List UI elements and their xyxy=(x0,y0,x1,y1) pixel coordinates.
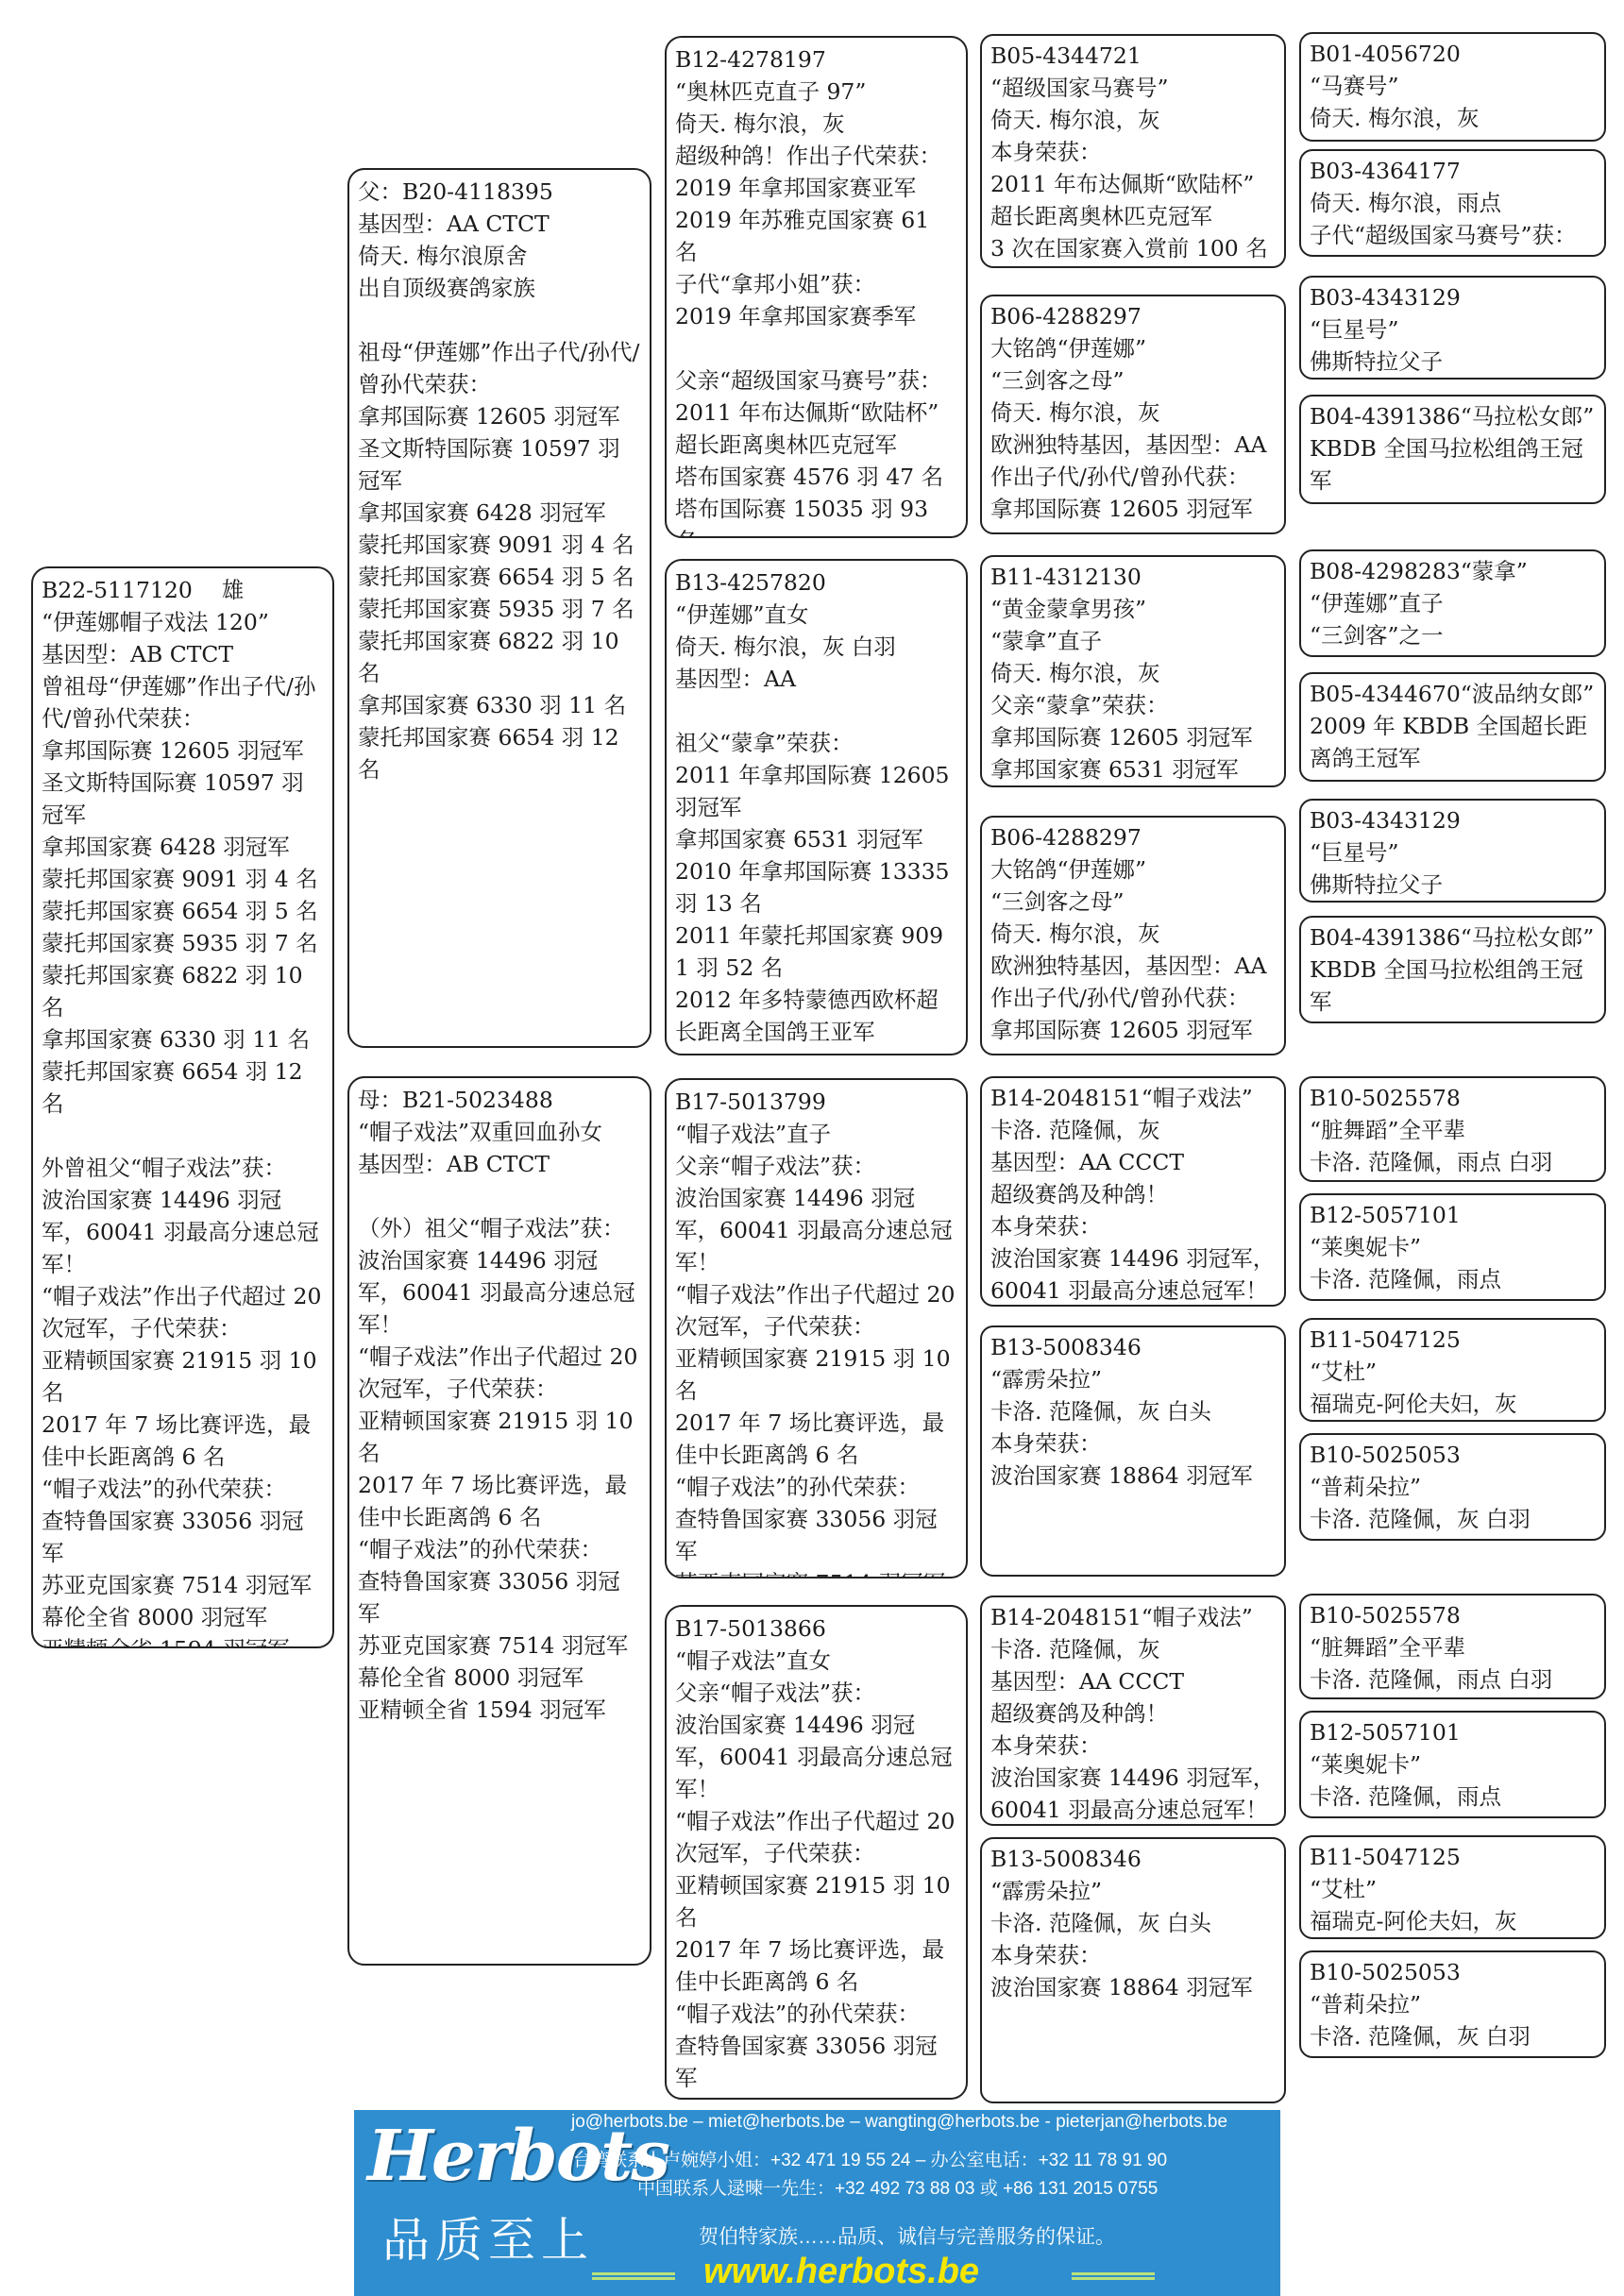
pedigree-gg-grandparent-card: B04-4391386“马拉松女郎”KBDB 全国马拉松组鸽王冠军 xyxy=(1299,916,1606,1023)
pedigree-gg-grandparent-card: B10-5025578“脏舞蹈”全平辈卡洛. 范隆佩，雨点 白羽 xyxy=(1299,1594,1606,1699)
pedigree-line: “莱奥妮卡” xyxy=(1310,1231,1596,1263)
ring-number: B10-5025578 xyxy=(1310,1082,1596,1114)
pedigree-mother-card: 母：B21-5023488“帽子戏法”双重回血孙女基因型：AB CTCT（外）祖… xyxy=(347,1076,651,1966)
pedigree-line: 蒙托邦国家赛 6654 羽 12 名 xyxy=(358,721,641,785)
pedigree-line: 蒙托邦国家赛 9091 羽 4 名 xyxy=(358,529,641,561)
pedigree-line: 超级赛鸽及种鸽！ xyxy=(990,1697,1276,1730)
pedigree-line: 祖父“蒙拿”荣获： xyxy=(675,727,957,759)
pedigree-line: 波治国家赛 14496 羽冠军，60041 羽最高分速总冠军！ xyxy=(358,1244,641,1341)
pedigree-line: 2017 年 7 场比赛评选，最佳中长距离鸽 6 名 xyxy=(358,1469,641,1533)
pedigree-line: 查特鲁国家赛 33056 羽冠军 xyxy=(675,1503,957,1567)
pedigree-line: 超长距离奥林匹克冠军 xyxy=(990,200,1276,232)
ring-number: B12-5057101 xyxy=(1310,1716,1596,1748)
ring-number: B06-4288297 xyxy=(990,821,1276,853)
pedigree-gg-grandparent-card: B11-5047125“艾杜”福瑞克-阿伦夫妇，灰 xyxy=(1299,1835,1606,1939)
pedigree-gg-grandparent-card: B03-4364177倚天. 梅尔浪，雨点子代“超级国家马赛号”获： xyxy=(1299,149,1606,257)
pedigree-line: “帽子戏法”直女 xyxy=(675,1645,957,1677)
contact-taiwan: 台湾联系人卢婉婷小姐：+32 471 19 55 24 – 办公室电话：+32 … xyxy=(573,2146,1167,2171)
pedigree-line: 查特鲁国家赛 33056 羽冠军 xyxy=(358,1565,641,1629)
pedigree-line: 苏亚克国家赛 7514 羽冠军 xyxy=(675,2094,957,2100)
pedigree-gg-grandparent-card: B03-4343129“巨星号”佛斯特拉父子 xyxy=(1299,799,1606,903)
pedigree-line: “艾杜” xyxy=(1310,1873,1596,1905)
pedigree-line: 基因型：AA CTCT xyxy=(358,208,641,240)
pedigree-line: 佛斯特拉父子 xyxy=(1310,869,1596,901)
ring-number: B17-5013866 xyxy=(675,1612,957,1645)
ring-number: 母：B21-5023488 xyxy=(358,1084,641,1116)
pedigree-line: 倚天. 梅尔浪，灰 xyxy=(1310,102,1596,134)
pedigree-line: 拿邦国家赛 6531 羽冠军 xyxy=(675,823,957,855)
pedigree-line: “帽子戏法”双重回血孙女 xyxy=(358,1116,641,1148)
pedigree-line: 蒙托邦国家赛 6822 羽 10 名 xyxy=(42,959,324,1023)
ring-number: B14-2048151“帽子戏法” xyxy=(990,1601,1276,1633)
pedigree-line: 2017 年 7 场比赛评选，最佳中长距离鸽 6 名 xyxy=(675,1933,957,1998)
pedigree-line: “奥林匹克直子 97” xyxy=(675,76,957,108)
pedigree-line: “帽子戏法”直子 xyxy=(675,1118,957,1150)
ring-number: B11-4312130 xyxy=(990,561,1276,593)
pedigree-line: 本身荣获： xyxy=(990,1210,1276,1242)
pedigree-gg-grandparent-card: B04-4391386“马拉松女郎”KBDB 全国马拉松组鸽王冠军 xyxy=(1299,395,1606,504)
pedigree-line: 波治国家赛 14496 羽冠军， xyxy=(990,1242,1276,1275)
pedigree-line: 卡洛. 范隆佩，雨点 白羽 xyxy=(1310,1146,1596,1178)
pedigree-line: 倚天. 梅尔浪原舍 xyxy=(358,240,641,272)
pedigree-line xyxy=(675,695,957,727)
pedigree-line xyxy=(358,1180,641,1212)
motto: 贺伯特家族……品质、诚信与完善服务的保证。 xyxy=(699,2221,1115,2250)
pedigree-line: “帽子戏法”作出子代超过 20 次冠军，子代荣获： xyxy=(358,1341,641,1405)
pedigree-line: 苏亚克国家赛 7514 羽冠军 xyxy=(358,1629,641,1662)
pedigree-line: 本身荣获： xyxy=(990,1730,1276,1762)
pedigree-line: 2019 年拿邦国家赛亚军 xyxy=(675,172,957,204)
pedigree-grandparent-card: B17-5013866“帽子戏法”直女父亲“帽子戏法”获：波治国家赛 14496… xyxy=(665,1605,968,2100)
ring-number: B03-4364177 xyxy=(1310,155,1596,187)
ring-number: B13-4257820 xyxy=(675,566,957,599)
pedigree-line: 倚天. 梅尔浪，灰 xyxy=(990,918,1276,950)
website-link[interactable]: www.herbots.be xyxy=(703,2252,979,2292)
ring-number: B04-4391386“马拉松女郎” xyxy=(1310,400,1596,432)
pedigree-line: 拿邦国际赛 12605 羽冠军 xyxy=(358,400,641,432)
pedigree-line: 蒙托邦国家赛 9091 羽 4 名 xyxy=(42,863,324,895)
pedigree-line: 60041 羽最高分速总冠军！ xyxy=(990,1794,1276,1826)
pedigree-line: “霹雳朵拉” xyxy=(990,1875,1276,1907)
pedigree-line: 祖母“伊莲娜”作出子代/孙代/曾孙代荣获： xyxy=(358,336,641,400)
pedigree-line: （外）祖父“帽子戏法”获： xyxy=(358,1212,641,1244)
pedigree-line: “伊莲娜”直子 xyxy=(1310,587,1596,619)
ring-number: B05-4344721 xyxy=(990,40,1276,72)
pedigree-line: 2019 年苏雅克国家赛 61 名 xyxy=(675,204,957,268)
ring-number: B03-4343129 xyxy=(1310,281,1596,313)
pedigree-father-card: 父：B20-4118395基因型：AA CTCT倚天. 梅尔浪原舍出自顶级赛鸽家… xyxy=(347,168,651,1048)
pedigree-line: “帽子戏法”的孙代荣获： xyxy=(42,1473,324,1505)
ring-number: B13-5008346 xyxy=(990,1843,1276,1875)
pedigree-line: “巨星号” xyxy=(1310,836,1596,869)
pedigree-line: 倚天. 梅尔浪，灰 xyxy=(990,657,1276,689)
pedigree-line: 父亲“蒙拿”荣获： xyxy=(990,689,1276,721)
pedigree-grandparent-card: B12-4278197“奥林匹克直子 97”倚天. 梅尔浪，灰超级种鸽！作出子代… xyxy=(665,36,968,538)
herbots-contact-banner: Herbots 品质至上 jo@herbots.be – miet@herbot… xyxy=(354,2110,1280,2296)
ring-number: B10-5025053 xyxy=(1310,1956,1596,1988)
pedigree-line: KBDB 全国马拉松组鸽王冠军 xyxy=(1310,432,1596,497)
pedigree-grandparent-card: B13-4257820“伊莲娜”直女倚天. 梅尔浪，灰 白羽基因型：AA祖父“蒙… xyxy=(665,559,968,1055)
pedigree-line: “三剑客之母” xyxy=(990,886,1276,918)
pedigree-line xyxy=(42,1120,324,1152)
pedigree-line: “帽子戏法”的孙代荣获： xyxy=(358,1533,641,1565)
pedigree-line: 子代“拿邦小姐”获： xyxy=(675,268,957,300)
ring-number: B06-4288297 xyxy=(990,300,1276,332)
pedigree-line: 蒙托邦国家赛 6654 羽 5 名 xyxy=(358,561,641,593)
pedigree-gg-grandparent-card: B10-5025053“普莉朵拉”卡洛. 范隆佩，灰 白羽 xyxy=(1299,1433,1606,1541)
pedigree-line: 拿邦国家赛 6428 羽冠军 xyxy=(42,831,324,863)
pedigree-great-grandparent-card: B14-2048151“帽子戏法”卡洛. 范隆佩，灰基因型：AA CCCT超级赛… xyxy=(980,1076,1286,1307)
pedigree-great-grandparent-card: B14-2048151“帽子戏法”卡洛. 范隆佩，灰基因型：AA CCCT超级赛… xyxy=(980,1595,1286,1826)
pedigree-line: 超级种鸽！作出子代荣获： xyxy=(675,140,957,172)
pedigree-line: “三剑客”之一 xyxy=(1310,619,1596,651)
pedigree-line: 基因型：AA xyxy=(675,663,957,695)
pedigree-line: 蒙托邦国家赛 6654 羽 5 名 xyxy=(42,895,324,927)
pedigree-line: 本身荣获： xyxy=(990,1939,1276,1971)
pedigree-line: 本身荣获： xyxy=(990,136,1276,168)
pedigree-line: 欧洲独特基因，基因型：AA xyxy=(990,429,1276,461)
pedigree-line: 拿邦国家赛 6428 羽冠军 xyxy=(358,497,641,529)
pedigree-line: 2017 年 7 场比赛评选，最佳中长距离鸽 6 名 xyxy=(675,1407,957,1471)
pedigree-great-grandparent-card: B06-4288297大铭鸽“伊莲娜”“三剑客之母”倚天. 梅尔浪，灰欧洲独特基… xyxy=(980,295,1286,534)
pedigree-line: KBDB 全国马拉松组鸽王冠军 xyxy=(1310,954,1596,1018)
pedigree-line: 超长距离奥林匹克冠军 xyxy=(675,429,957,461)
pedigree-line: “莱奥妮卡” xyxy=(1310,1748,1596,1781)
pedigree-line: 亚精顿全省 1594 羽冠军 xyxy=(358,1694,641,1726)
pedigree-subject-card: B22-5117120 雄“伊莲娜帽子戏法 120”基因型：AB CTCT曾祖母… xyxy=(31,566,334,1648)
pedigree-line: 曾祖母“伊莲娜”作出子代/孙代/曾孙代荣获： xyxy=(42,670,324,734)
pedigree-line: 波治国家赛 14496 羽冠军，60041 羽最高分速总冠军！ xyxy=(675,1709,957,1805)
pedigree-line: “马赛号” xyxy=(1310,70,1596,102)
pedigree-line: 倚天. 梅尔浪，灰 xyxy=(990,104,1276,136)
pedigree-line: “帽子戏法”作出子代超过 20 次冠军，子代荣获： xyxy=(42,1280,324,1344)
pedigree-line: 倚天. 梅尔浪，灰 白羽 xyxy=(675,631,957,663)
pedigree-line: 3 次在国家赛入赏前 100 名 xyxy=(990,232,1276,264)
pedigree-line: 波治国家赛 14496 羽冠军，60041 羽最高分速总冠军！ xyxy=(42,1184,324,1280)
pedigree-line: 查特鲁国家赛 33056 羽冠军 xyxy=(675,2030,957,2094)
pedigree-line: “艾杜” xyxy=(1310,1356,1596,1388)
ring-number: B11-5047125 xyxy=(1310,1841,1596,1873)
pedigree-line: 2012 年多特蒙德西欧杯超长距离全国鸽王亚军 xyxy=(675,984,957,1048)
pedigree-line: 外曾祖父“帽子戏法”获： xyxy=(42,1152,324,1184)
ring-number: B12-4278197 xyxy=(675,43,957,76)
pedigree-line: 2010 年拿邦国际赛 13335 羽 13 名 xyxy=(675,855,957,920)
slogan: 品质至上 xyxy=(382,2203,594,2271)
pedigree-line xyxy=(358,304,641,336)
pedigree-gg-grandparent-card: B01-4056720“马赛号”倚天. 梅尔浪，灰 xyxy=(1299,32,1606,142)
pedigree-line: 卡洛. 范隆佩，灰 白羽 xyxy=(1310,1503,1596,1535)
pedigree-line: 塔布国家赛 4576 羽 47 名 xyxy=(675,461,957,493)
contact-china: 中国联系人逯暕一先生：+32 492 73 88 03 或 +86 131 20… xyxy=(637,2174,1158,2200)
pedigree-line: 基因型：AA CCCT xyxy=(990,1665,1276,1697)
pedigree-gg-grandparent-card: B03-4343129“巨星号”佛斯特拉父子 xyxy=(1299,276,1606,380)
pedigree-line: 作出子代/孙代/曾孙代获： xyxy=(990,982,1276,1014)
pedigree-line: 2011 年布达佩斯“欧陆杯” xyxy=(990,168,1276,200)
pedigree-gg-grandparent-card: B10-5025578“脏舞蹈”全平辈卡洛. 范隆佩，雨点 白羽 xyxy=(1299,1076,1606,1182)
pedigree-line: 亚精顿国家赛 21915 羽 10 名 xyxy=(42,1344,324,1409)
pedigree-line: 查特鲁国家赛 33056 羽冠军 xyxy=(42,1505,324,1569)
pedigree-gg-grandparent-card: B11-5047125“艾杜”福瑞克-阿伦夫妇，灰 xyxy=(1299,1318,1606,1422)
pedigree-line: “帽子戏法”的孙代荣获： xyxy=(675,1998,957,2030)
ring-number: 父：B20-4118395 xyxy=(358,176,641,208)
pedigree-line: “伊莲娜”直女 xyxy=(675,599,957,631)
pedigree-line: 塔布国际赛 15035 羽 93 名 xyxy=(675,493,957,538)
decorative-rule-right xyxy=(1072,2272,1155,2280)
decorative-rule-left xyxy=(592,2272,675,2280)
pedigree-line: “帽子戏法”作出子代超过 20 次冠军，子代荣获： xyxy=(675,1278,957,1342)
pedigree-line: 2011 年蒙托邦国家赛 9091 羽 52 名 xyxy=(675,920,957,984)
pedigree-line: “霹雳朵拉” xyxy=(990,1363,1276,1395)
pedigree-line: 亚精顿全省 1594 羽冠军 xyxy=(42,1633,324,1648)
pedigree-line: 欧洲独特基因，基因型：AA xyxy=(990,950,1276,982)
pedigree-line: 福瑞克-阿伦夫妇，灰 xyxy=(1310,1905,1596,1937)
pedigree-line: 拿邦国际赛 12605 羽冠军 xyxy=(42,734,324,767)
pedigree-line: “帽子戏法”作出子代超过 20 次冠军，子代荣获： xyxy=(675,1805,957,1869)
pedigree-line: 佛斯特拉父子 xyxy=(1310,346,1596,378)
pedigree-gg-grandparent-card: B10-5025053“普莉朵拉”卡洛. 范隆佩，灰 白羽 xyxy=(1299,1950,1606,2058)
pedigree-line: 大铭鸽“伊莲娜” xyxy=(990,853,1276,886)
pedigree-line: 基因型：AB CTCT xyxy=(42,638,324,670)
ring-number: B13-5008346 xyxy=(990,1331,1276,1363)
pedigree-line: 卡洛. 范隆佩，雨点 白羽 xyxy=(1310,1663,1596,1696)
pedigree-line: “巨星号” xyxy=(1310,313,1596,346)
pedigree-grandparent-card: B17-5013799“帽子戏法”直子父亲“帽子戏法”获：波治国家赛 14496… xyxy=(665,1078,968,1578)
pedigree-line: “伊莲娜帽子戏法 120” xyxy=(42,606,324,638)
pedigree-line: 超级赛鸽及种鸽！ xyxy=(990,1178,1276,1210)
pedigree-line: “帽子戏法”的孙代荣获： xyxy=(675,1471,957,1503)
ring-number: B22-5117120 雄 xyxy=(42,574,324,606)
pedigree-great-grandparent-card: B11-4312130“黄金蒙拿男孩”“蒙拿”直子倚天. 梅尔浪，灰父亲“蒙拿”… xyxy=(980,555,1286,787)
pedigree-line: 倚天. 梅尔浪，雨点 xyxy=(1310,187,1596,219)
pedigree-line: 60041 羽最高分速总冠军！ xyxy=(990,1275,1276,1307)
pedigree-line: 波治国家赛 14496 羽冠军，60041 羽最高分速总冠军！ xyxy=(675,1182,957,1278)
pedigree-line: 卡洛. 范隆佩，灰 白羽 xyxy=(1310,2020,1596,2052)
pedigree-line: 福瑞克-阿伦夫妇，灰 xyxy=(1310,1388,1596,1420)
pedigree-line: 2017 年 7 场比赛评选，最佳中长距离鸽 6 名 xyxy=(42,1409,324,1473)
pedigree-great-grandparent-card: B13-5008346“霹雳朵拉”卡洛. 范隆佩，灰 白头本身荣获：波治国家赛 … xyxy=(980,1837,1286,2103)
pedigree-line: 倚天. 梅尔浪，灰 xyxy=(990,397,1276,429)
pedigree-gg-grandparent-card: B08-4298283“蒙拿”“伊莲娜”直子“三剑客”之一 xyxy=(1299,549,1606,657)
pedigree-line: 卡洛. 范隆佩，灰 xyxy=(990,1633,1276,1665)
pedigree-line: 波治国家赛 18864 羽冠军 xyxy=(990,1460,1276,1492)
pedigree-line: 拿邦国家赛 6531 羽冠军 xyxy=(990,753,1276,785)
pedigree-line: 幕伦全省 8000 羽冠军 xyxy=(358,1662,641,1694)
ring-number: B10-5025053 xyxy=(1310,1439,1596,1471)
pedigree-line: “三剑客之母” xyxy=(990,364,1276,397)
pedigree-line: 拿邦国际赛 12605 羽冠军 xyxy=(990,493,1276,525)
pedigree-great-grandparent-card: B05-4344721“超级国家马赛号”倚天. 梅尔浪，灰本身荣获：2011 年… xyxy=(980,34,1286,268)
pedigree-line xyxy=(675,332,957,364)
pedigree-line: 圣文斯特国际赛 10597 羽冠军 xyxy=(42,767,324,831)
pedigree-line: 波治国家赛 14496 羽冠军， xyxy=(990,1762,1276,1794)
pedigree-gg-grandparent-card: B12-5057101“莱奥妮卡”卡洛. 范隆佩，雨点 xyxy=(1299,1193,1606,1301)
pedigree-line: “脏舞蹈”全平辈 xyxy=(1310,1631,1596,1663)
pedigree-line: 2011 年拿邦国际赛 12605 羽冠军 xyxy=(675,759,957,823)
pedigree-line: 拿邦国际赛 12605 羽冠军 xyxy=(990,1014,1276,1046)
pedigree-line: 出自顶级赛鸽家族 xyxy=(358,272,641,304)
pedigree-line: 亚精顿国家赛 21915 羽 10 名 xyxy=(675,1342,957,1407)
pedigree-line: “超级国家马赛号” xyxy=(990,72,1276,104)
ring-number: B03-4343129 xyxy=(1310,804,1596,836)
pedigree-line: 作出子代/孙代/曾孙代获： xyxy=(990,461,1276,493)
pedigree-line: “普莉朵拉” xyxy=(1310,1988,1596,2020)
pedigree-line: 卡洛. 范隆佩，雨点 xyxy=(1310,1263,1596,1295)
ring-number: B14-2048151“帽子戏法” xyxy=(990,1082,1276,1114)
pedigree-line: 卡洛. 范隆佩，灰 xyxy=(990,1114,1276,1146)
pedigree-line: 卡洛. 范隆佩，雨点 xyxy=(1310,1781,1596,1813)
pedigree-line: 苏亚克国家赛 7514 羽冠军 xyxy=(675,1567,957,1578)
pedigree-line: “蒙拿”直子 xyxy=(990,625,1276,657)
pedigree-line: 大铭鸽“伊莲娜” xyxy=(990,332,1276,364)
pedigree-line: 苏亚克国家赛 7514 羽冠军 xyxy=(42,1569,324,1601)
contact-emails[interactable]: jo@herbots.be – miet@herbots.be – wangti… xyxy=(571,2112,1227,2133)
pedigree-line: 拿邦国际赛 12605 羽冠军 xyxy=(990,721,1276,753)
pedigree-line: 本身荣获： xyxy=(990,1427,1276,1460)
pedigree-line: 基因型：AB CTCT xyxy=(358,1148,641,1180)
pedigree-line: 亚精顿国家赛 21915 羽 10 名 xyxy=(358,1405,641,1469)
ring-number: B01-4056720 xyxy=(1310,38,1596,70)
pedigree-line: 卡洛. 范隆佩，灰 白头 xyxy=(990,1907,1276,1939)
pedigree-line: 父亲“帽子戏法”获： xyxy=(675,1677,957,1709)
pedigree-great-grandparent-card: B13-5008346“霹雳朵拉”卡洛. 范隆佩，灰 白头本身荣获：波治国家赛 … xyxy=(980,1325,1286,1577)
ring-number: B12-5057101 xyxy=(1310,1199,1596,1231)
pedigree-line: 蒙托邦国家赛 5935 羽 7 名 xyxy=(358,593,641,625)
pedigree-line: 拿邦国家赛 6330 羽 11 名 xyxy=(42,1023,324,1055)
pedigree-line: 拿邦国家赛 6330 羽 11 名 xyxy=(358,689,641,721)
pedigree-great-grandparent-card: B06-4288297大铭鸽“伊莲娜”“三剑客之母”倚天. 梅尔浪，灰欧洲独特基… xyxy=(980,816,1286,1055)
pedigree-line: 波治国家赛 18864 羽冠军 xyxy=(990,1971,1276,2003)
pedigree-line: 子代“超级国家马赛号”获： xyxy=(1310,219,1596,251)
pedigree-line: 父亲“帽子戏法”获： xyxy=(675,1150,957,1182)
ring-number: B04-4391386“马拉松女郎” xyxy=(1310,921,1596,954)
pedigree-line: 倚天. 梅尔浪，灰 xyxy=(675,108,957,140)
pedigree-line: 基因型：AA CCCT xyxy=(990,1146,1276,1178)
ring-number: B17-5013799 xyxy=(675,1086,957,1118)
pedigree-gg-grandparent-card: B12-5057101“莱奥妮卡”卡洛. 范隆佩，雨点 xyxy=(1299,1711,1606,1818)
pedigree-line: 卡洛. 范隆佩，灰 白头 xyxy=(990,1395,1276,1427)
pedigree-line: 2009 年 KBDB 全国超长距离鸽王冠军 xyxy=(1310,710,1596,774)
ring-number: B11-5047125 xyxy=(1310,1324,1596,1356)
pedigree-line: 蒙托邦国家赛 6822 羽 10 名 xyxy=(358,625,641,689)
pedigree-line: 2011 年布达佩斯“欧陆杯” xyxy=(675,397,957,429)
pedigree-line: 圣文斯特国际赛 10597 羽冠军 xyxy=(358,432,641,497)
pedigree-line: 幕伦全省 8000 羽冠军 xyxy=(42,1601,324,1633)
pedigree-line: “脏舞蹈”全平辈 xyxy=(1310,1114,1596,1146)
pedigree-line: 2019 年拿邦国家赛季军 xyxy=(675,300,957,332)
pedigree-line: 亚精顿国家赛 21915 羽 10 名 xyxy=(675,1869,957,1933)
pedigree-line: “黄金蒙拿男孩” xyxy=(990,593,1276,625)
pedigree-line: “普莉朵拉” xyxy=(1310,1471,1596,1503)
pedigree-gg-grandparent-card: B05-4344670“波品纳女郎”2009 年 KBDB 全国超长距离鸽王冠军 xyxy=(1299,672,1606,782)
pedigree-line: 蒙托邦国家赛 5935 羽 7 名 xyxy=(42,927,324,959)
ring-number: B05-4344670“波品纳女郎” xyxy=(1310,678,1596,710)
ring-number: B08-4298283“蒙拿” xyxy=(1310,555,1596,587)
pedigree-line: 父亲“超级国家马赛号”获： xyxy=(675,364,957,397)
ring-number: B10-5025578 xyxy=(1310,1599,1596,1631)
pedigree-line: 蒙托邦国家赛 6654 羽 12 名 xyxy=(42,1055,324,1120)
